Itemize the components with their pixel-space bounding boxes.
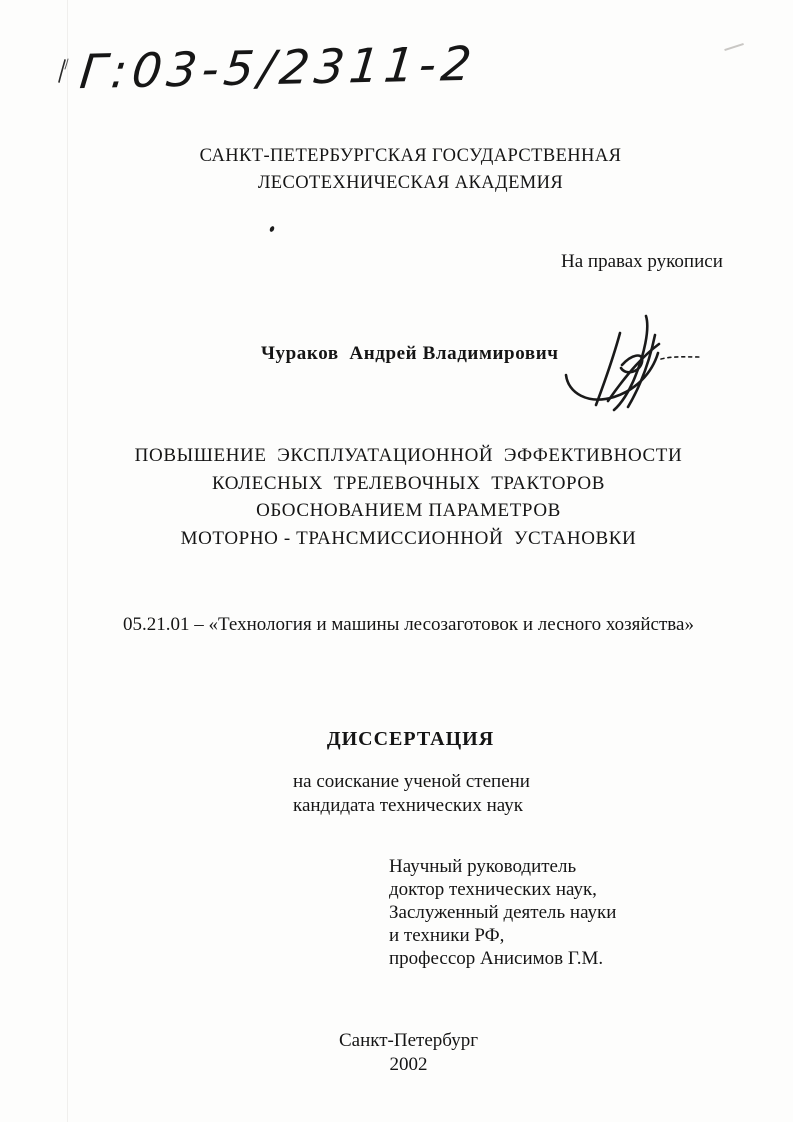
dissertation-title-page: Г:03-5/2311-2 САНКТ-ПЕТЕРБУРГСКАЯ ГОСУДА… xyxy=(0,0,793,1122)
degree-line-1: на соискание ученой степени xyxy=(293,770,530,794)
supervisor-line-2: доктор технических наук, xyxy=(389,878,616,901)
supervisor-block: Научный руководитель доктор технических … xyxy=(389,855,616,970)
title-line-4: МОТОРНО - ТРАНСМИССИОННОЙ УСТАНОВКИ xyxy=(12,525,793,553)
degree-purpose: на соискание ученой степени кандидата те… xyxy=(293,770,530,817)
institution-line-1: САНКТ-ПЕТЕРБУРГСКАЯ ГОСУДАРСТВЕННАЯ xyxy=(14,143,793,170)
document-type-heading: ДИССЕРТАЦИЯ xyxy=(14,728,793,751)
supervisor-line-3: Заслуженный деятель науки xyxy=(389,901,616,924)
dissertation-title: ПОВЫШЕНИЕ ЭКСПЛУАТАЦИОННОЙ ЭФФЕКТИВНОСТИ… xyxy=(12,442,793,552)
supervisor-line-4: и техники РФ, xyxy=(389,924,616,947)
title-line-1: ПОВЫШЕНИЕ ЭКСПЛУАТАЦИОННОЙ ЭФФЕКТИВНОСТИ xyxy=(12,442,793,470)
title-line-2: КОЛЕСНЫХ ТРЕЛЕВОЧНЫХ ТРАКТОРОВ xyxy=(12,470,793,498)
manuscript-note: На правах рукописи xyxy=(561,251,723,273)
ink-dot-artifact xyxy=(269,225,275,232)
call-number-handwritten: Г:03-5/2311-2 xyxy=(77,35,562,100)
degree-line-2: кандидата технических наук xyxy=(293,794,530,818)
imprint-city: Санкт-Петербург xyxy=(12,1029,793,1053)
institution-line-2: ЛЕСОТЕХНИЧЕСКАЯ АКАДЕМИЯ xyxy=(14,170,793,197)
signature-icon xyxy=(560,313,708,420)
imprint-year: 2002 xyxy=(12,1053,793,1077)
specialty-code: 05.21.01 – «Технология и машины лесозаго… xyxy=(12,614,793,636)
imprint: Санкт-Петербург 2002 xyxy=(12,1029,793,1076)
scan-artifact xyxy=(724,43,743,51)
institution-name: САНКТ-ПЕТЕРБУРГСКАЯ ГОСУДАРСТВЕННАЯ ЛЕСО… xyxy=(14,143,793,197)
supervisor-line-1: Научный руководитель xyxy=(389,855,616,878)
author-name: Чураков Андрей Владимирович xyxy=(261,343,559,365)
supervisor-line-5: профессор Анисимов Г.М. xyxy=(389,947,616,970)
title-line-3: ОБОСНОВАНИЕМ ПАРАМЕТРОВ xyxy=(12,497,793,525)
ink-tick-icon xyxy=(55,56,73,91)
